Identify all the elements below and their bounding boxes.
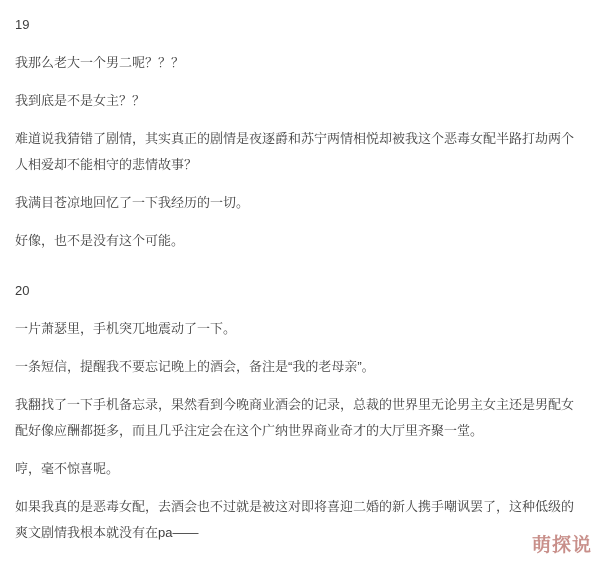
paragraph: 我翻找了一下手机备忘录，果然看到今晚商业酒会的记录，总裁的世界里无论男主女主还是… — [15, 392, 579, 444]
paragraph: 好像，也不是没有这个可能。 — [15, 228, 579, 254]
paragraph: 一片萧瑟里，手机突兀地震动了一下。 — [15, 316, 579, 342]
paragraph: 如果我真的是恶毒女配，去酒会也不过就是被这对即将喜迎二婚的新人携手嘲讽罢了，这种… — [15, 494, 579, 546]
paragraph: 一条短信，提醒我不要忘记晚上的酒会，备注是“我的老母亲”。 — [15, 354, 579, 380]
paragraph: 我那么老大一个男二呢？？？ — [15, 50, 579, 76]
chapter-19: 19 我那么老大一个男二呢？？？ 我到底是不是女主？？ 难道说我猜错了剧情，其实… — [15, 12, 579, 254]
watermark-logo: 萌探说 — [532, 534, 592, 558]
paragraph: 哼，毫不惊喜呢。 — [15, 456, 579, 482]
paragraph: 难道说我猜错了剧情，其实真正的剧情是夜逐爵和苏宁两情相悦却被我这个恶毒女配半路打… — [15, 126, 579, 178]
chapter-number: 19 — [15, 12, 579, 38]
chapter-number: 20 — [15, 278, 579, 304]
novel-reader-page: 19 我那么老大一个男二呢？？？ 我到底是不是女主？？ 难道说我猜错了剧情，其实… — [0, 0, 594, 567]
paragraph: 我到底是不是女主？？ — [15, 88, 579, 114]
paragraph: 我满目苍凉地回忆了一下我经历的一切。 — [15, 190, 579, 216]
chapter-20: 20 一片萧瑟里，手机突兀地震动了一下。 一条短信，提醒我不要忘记晚上的酒会，备… — [15, 278, 579, 546]
